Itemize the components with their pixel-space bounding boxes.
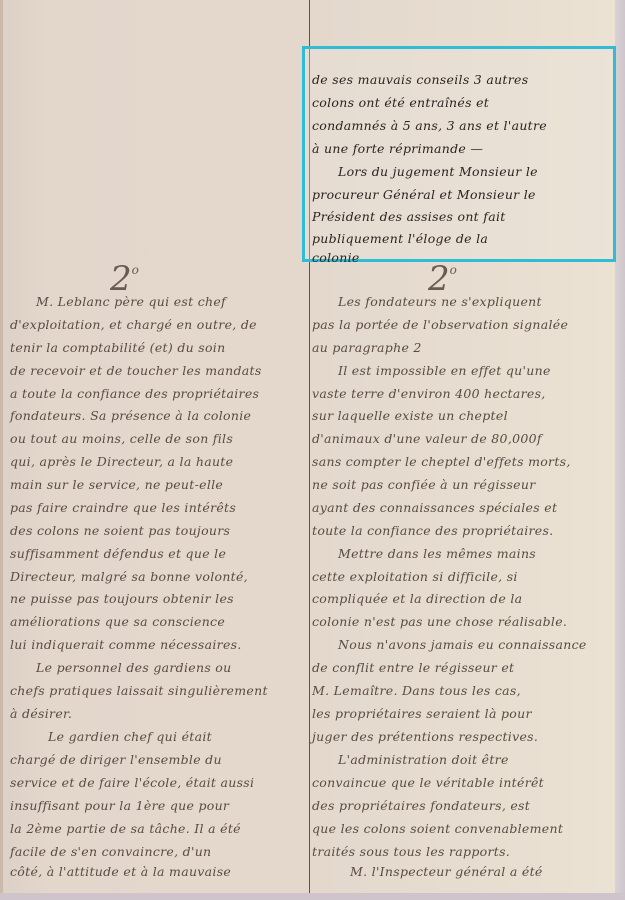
page-left-edge [0, 0, 3, 893]
highlighted-line: Président des assises ont fait [312, 207, 506, 227]
text-line: de recevoir et de toucher les mandats [10, 361, 262, 381]
text-line: des colons ne soient pas toujours [10, 521, 230, 541]
text-line: lui indiquerait comme nécessaires. [10, 635, 242, 655]
text-line: Directeur, malgré sa bonne volonté, [10, 567, 248, 587]
text-line: colonie n'est pas une chose réalisable. [312, 612, 567, 632]
text-line: de conflit entre le régisseur et [312, 658, 514, 678]
text-line: pas faire craindre que les intérêts [10, 498, 236, 518]
text-line: suffisamment défendus et que le [10, 544, 226, 564]
text-line: d'exploitation, et chargé en outre, de [10, 315, 257, 335]
text-line: M. Lemaître. Dans tous les cas, [312, 681, 521, 701]
text-line: a toute la confiance des propriétaires [10, 384, 259, 404]
text-line: facile de s'en convaincre, d'un [10, 842, 211, 862]
highlighted-line: Lors du jugement Monsieur le [312, 162, 538, 182]
highlighted-line: condamnés à 5 ans, 3 ans et l'autre [312, 116, 547, 136]
text-line: cette exploitation si difficile, si [312, 567, 518, 587]
text-line: M. Leblanc père qui est chef [10, 292, 226, 312]
highlighted-line: colonie [312, 248, 360, 268]
text-line: juger des prétentions respectives. [312, 727, 538, 747]
text-line: insuffisant pour la 1ère que pour [10, 796, 229, 816]
text-line: sans compter le cheptel d'effets morts, [312, 452, 571, 472]
text-line: vaste terre d'environ 400 hectares, [312, 384, 546, 404]
left-section-suffix: o [132, 263, 139, 277]
highlighted-line: colons ont été entraînés et [312, 93, 489, 113]
text-line: Les fondateurs ne s'expliquent [312, 292, 542, 312]
text-line: d'animaux d'une valeur de 80,000f [312, 429, 542, 449]
text-line: les propriétaires seraient là pour [312, 704, 532, 724]
text-line: ou tout au moins, celle de son fils [10, 429, 233, 449]
text-line: convaincue que le véritable intérêt [312, 773, 544, 793]
text-line: tenir la comptabilité (et) du soin [10, 338, 225, 358]
left-section-number: 2o [110, 262, 139, 296]
text-line: des propriétaires fondateurs, est [312, 796, 530, 816]
page-bottom-background [0, 893, 625, 900]
text-line: côté, à l'attitude et à la mauvaise [10, 862, 231, 882]
text-line: L'administration doit être [312, 750, 509, 770]
page-right-background [615, 0, 625, 900]
text-line: pas la portée de l'observation signalée [312, 315, 568, 335]
highlighted-line: procureur Général et Monsieur le [312, 185, 536, 205]
text-line: la 2ème partie de sa tâche. Il a été [10, 819, 241, 839]
text-line: Il est impossible en effet qu'une [312, 361, 551, 381]
text-line: M. l'Inspecteur général a été [312, 862, 543, 882]
text-line: toute la confiance des propriétaires. [312, 521, 554, 541]
text-line: à désirer. [10, 704, 72, 724]
highlighted-line: publiquement l'éloge de la [312, 229, 488, 249]
text-line: Le gardien chef qui était [10, 727, 212, 747]
highlighted-line: à une forte réprimande — [312, 139, 483, 159]
text-line: main sur le service, ne peut-elle [10, 475, 223, 495]
text-line: compliquée et la direction de la [312, 589, 522, 609]
right-section-number: 2o [428, 262, 457, 296]
text-line: chargé de diriger l'ensemble du [10, 750, 222, 770]
text-line: sur laquelle existe un cheptel [312, 406, 508, 426]
text-line: au paragraphe 2 [312, 338, 422, 358]
highlighted-line: de ses mauvais conseils 3 autres [312, 70, 528, 90]
text-line: traités sous tous les rapports. [312, 842, 510, 862]
text-line: fondateurs. Sa présence à la colonie [10, 406, 251, 426]
text-line: Le personnel des gardiens ou [10, 658, 232, 678]
text-line: ayant des connaissances spéciales et [312, 498, 557, 518]
text-line: que les colons soient convenablement [312, 819, 563, 839]
right-section-suffix: o [450, 263, 457, 277]
text-line: ne puisse pas toujours obtenir les [10, 589, 234, 609]
text-line: service et de faire l'école, était aussi [10, 773, 254, 793]
text-line: Mettre dans les mêmes mains [312, 544, 536, 564]
text-line: améliorations que sa conscience [10, 612, 225, 632]
text-line: qui, après le Directeur, a la haute [10, 452, 233, 472]
text-line: chefs pratiques laissait singulièrement [10, 681, 268, 701]
text-line: ne soit pas confiée à un régisseur [312, 475, 536, 495]
text-line: Nous n'avons jamais eu connaissance [312, 635, 587, 655]
